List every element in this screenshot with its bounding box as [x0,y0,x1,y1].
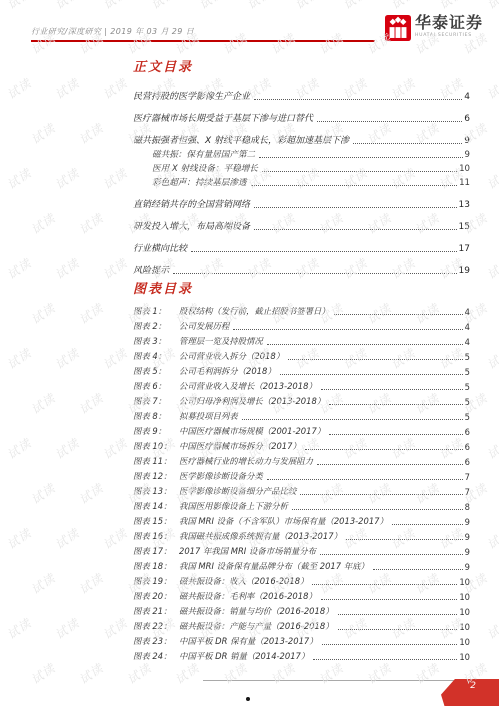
watermark-text: 试读 [219,659,250,688]
toc-entry-page: 10 [459,164,470,174]
toc-entry-label: 医疗器械市场长期受益于基层下渗与进口替代 [133,111,313,124]
figure-number-label: 图表 4： [133,350,179,362]
dot-leader [334,314,463,315]
watermark-text: 试读 [99,434,130,463]
watermark-text: 试读 [219,29,250,58]
watermark-text: 试读 [75,569,106,598]
figure-title: 医学影像诊断设备细分产品比较 [179,485,296,497]
toc-entry[interactable]: 医用 X 射线设备：平稳增长10 [133,160,470,174]
figure-number-label: 图表 23： [133,635,179,647]
dot-leader [280,374,463,375]
figure-page: 4 [465,307,470,317]
dot-leader [267,344,463,345]
page-number-badge: 2 [441,679,499,706]
huatai-logo-icon [385,15,411,41]
header-divider [31,40,375,42]
toc-entry-page: 15 [459,222,470,232]
watermark-text: 试读 [483,254,499,283]
figure-toc-entry[interactable]: 图表 7：公司归母净利润及增长（2013-2018）5 [133,392,470,407]
dot-leader [288,359,463,360]
watermark-text: 试读 [483,434,499,463]
figure-toc-entry[interactable]: 图表 5：公司毛利润拆分（2018）5 [133,362,470,377]
dot-leader [251,185,458,186]
dot-leader [254,229,457,230]
figure-title: 医疗器械行业的增长动力与发展阻力 [179,455,313,467]
watermark-text: 试读 [99,254,130,283]
watermark-text: 试读 [291,0,322,13]
figure-number-label: 图表 19： [133,575,179,587]
figure-title: 中国平板 DR 销量（2014-2017） [179,650,309,662]
figure-title: 公司归母净利润及增长（2013-2018） [179,395,325,407]
watermark-text: 试读 [75,209,106,238]
watermark-text: 试读 [483,524,499,553]
watermark-text: 试读 [3,434,34,463]
watermark-text: 试读 [51,344,82,373]
figure-toc-entry[interactable]: 图表 24：中国平板 DR 销量（2014-2017）10 [133,647,470,662]
toc-entry[interactable]: 行业横向比较17 [133,232,470,254]
toc-entry[interactable]: 直销经销共存的全国营销网络13 [133,188,470,210]
toc-entry-label: 风险提示 [133,263,169,276]
watermark-text: 试读 [27,119,58,148]
figure-toc-entry[interactable]: 图表 19：磁共振设备：收入（2016-2018）10 [133,572,470,587]
figure-title: 拟募投项目列表 [179,410,238,422]
watermark-text: 试读 [363,659,394,688]
report-category-date: 行业研究/深度研究 | 2019 年 03 月 29 日 [31,26,194,37]
dot-leader [320,554,463,555]
watermark-text: 试读 [27,659,58,688]
watermark-text: 试读 [27,569,58,598]
watermark-text: 试读 [267,659,298,688]
figure-title: 公司毛利润拆分（2018） [179,365,276,377]
dot-leader [317,464,463,465]
dot-leader [373,569,463,570]
huatai-logo: 华泰证券 HUATAI SECURITIES [385,15,483,41]
figure-page: 5 [465,367,470,377]
watermark-text: 试读 [483,344,499,373]
figure-toc-entry[interactable]: 图表 6：公司营业收入及增长（2013-2018）5 [133,377,470,392]
toc-entry[interactable]: 风险提示19 [133,254,470,276]
watermark-text: 试读 [99,524,130,553]
figure-toc-entry[interactable]: 图表 23：中国平板 DR 保有量（2013-2017）10 [133,632,470,647]
toc-entry-page: 4 [464,92,470,102]
toc-entry-page: 17 [459,244,470,254]
dot-leader [313,659,457,660]
figure-page: 4 [465,337,470,347]
page-number: 2 [470,681,476,691]
watermark-text: 试读 [147,0,178,13]
toc-main-title: 正文目录 [133,60,470,76]
figure-number-label: 图表 6： [133,380,179,392]
figure-number-label: 图表 24： [133,650,179,662]
watermark-text: 试读 [3,524,34,553]
toc-figures-title: 图表目录 [133,282,470,298]
toc-entry-label: 医用 X 射线设备：平稳增长 [152,162,258,174]
toc-entry[interactable]: 民营持股的医学影像生产企业4 [133,80,470,102]
watermark-text: 试读 [123,659,154,688]
dot-leader [321,389,463,390]
watermark-text: 试读 [483,74,499,103]
figure-page: 5 [465,352,470,362]
figure-toc-entry[interactable]: 图表 8：拟募投项目列表5 [133,407,470,422]
figure-title: 中国平板 DR 保有量（2013-2017） [179,635,318,647]
figure-number-label: 图表 20： [133,590,179,602]
toc-entry-page: 9 [464,136,470,146]
figure-page: 6 [465,457,470,467]
watermark-text: 试读 [339,0,370,13]
figure-toc-entry[interactable]: 图表 12：医学影像诊断设备分类7 [133,467,470,482]
figure-page: 10 [459,607,470,617]
figure-toc-entry[interactable]: 图表 15：我国 MRI 设备（不含军队）市场保有量（2013-2017）9 [133,512,470,527]
figure-title: 磁共振设备：毛利率（2016-2018） [179,590,317,602]
figure-toc-entry[interactable]: 图表 13：医学影像诊断设备细分产品比较7 [133,482,470,497]
watermark-text: 试读 [99,74,130,103]
watermark-text: 试读 [435,0,466,13]
toc-figures-list: 图表 1：股权结构（发行前，截止招股书签署日）4图表 2：公司发展历程4图表 3… [133,302,470,662]
figure-page: 9 [465,562,470,572]
report-page: 行业研究/深度研究 | 2019 年 03 月 29 日 华泰证券 HUATAI… [0,0,499,706]
watermark-text: 试读 [3,344,34,373]
figure-number-label: 图表 12： [133,470,179,482]
brand-name-en: HUATAI SECURITIES [415,33,483,38]
figure-title: 中国医疗器械市场规模（2001-2017） [179,425,325,437]
figure-toc-entry[interactable]: 图表 22：磁共振设备：产能与产量（2016-2018）10 [133,617,470,632]
figure-title: 我国医用影像设备上下游分析 [179,500,288,512]
dot-leader [191,251,457,252]
figure-number-label: 图表 22： [133,620,179,632]
figure-page: 10 [459,622,470,632]
figure-toc-entry[interactable]: 图表 9：中国医疗器械市场规模（2001-2017）6 [133,422,470,437]
figure-title: 股权结构（发行前，截止招股书签署日） [179,305,330,317]
dot-leader [329,404,463,405]
figure-toc-entry[interactable]: 图表 17：2017 年我国 MRI 设备市场销量分布9 [133,542,470,557]
figure-page: 4 [465,322,470,332]
toc-entry-page: 11 [459,178,470,188]
dot-leader [338,614,458,615]
toc-entry-label: 民营持股的医学影像生产企业 [133,89,250,102]
watermark-text: 试读 [267,29,298,58]
figure-toc-entry[interactable]: 图表 1：股权结构（发行前，截止招股书签署日）4 [133,302,470,317]
watermark-text: 试读 [75,479,106,508]
figure-toc-entry[interactable]: 图表 16：我国磁共振成像系统拥有量（2013-2017）9 [133,527,470,542]
watermark-text: 试读 [75,659,106,688]
toc-entry[interactable]: 医疗器械市场长期受益于基层下渗与进口替代6 [133,102,470,124]
brand-name-cn: 华泰证券 [415,15,483,32]
toc-entry[interactable]: 彩色超声：持续基层渗透11 [133,174,470,188]
huatai-logo-text: 华泰证券 HUATAI SECURITIES [415,15,483,38]
toc-entry-label: 行业横向比较 [133,241,187,254]
figure-page: 7 [465,472,470,482]
watermark-text: 试读 [51,74,82,103]
figure-title: 公司发展历程 [179,320,229,332]
figure-number-label: 图表 18： [133,560,179,572]
watermark-text: 试读 [483,0,499,13]
figure-page: 10 [459,592,470,602]
figure-page: 6 [465,442,470,452]
figure-toc-entry[interactable]: 图表 20：磁共振设备：毛利率（2016-2018）10 [133,587,470,602]
figure-page: 10 [459,577,470,587]
figure-title: 磁共振设备：销量与均价（2016-2018） [179,605,334,617]
dot-leader [346,539,463,540]
figure-page: 6 [465,427,470,437]
watermark-text: 试读 [411,659,442,688]
watermark-text: 试读 [3,254,34,283]
figure-toc-entry[interactable]: 图表 11：医疗器械行业的增长动力与发展阻力6 [133,452,470,467]
dot-leader [267,479,463,480]
watermark-text: 试读 [387,0,418,13]
watermark-text: 试读 [99,614,130,643]
dot-leader [321,599,458,600]
figure-number-label: 图表 3： [133,335,179,347]
watermark-text: 试读 [315,659,346,688]
toc-content: 正文目录 民营持股的医学影像生产企业4医疗器械市场长期受益于基层下渗与进口替代6… [133,60,470,662]
watermark-text: 试读 [3,0,34,13]
figure-number-label: 图表 16： [133,530,179,542]
watermark-text: 试读 [483,164,499,193]
toc-entry-page: 9 [465,150,470,160]
figure-page: 5 [465,382,470,392]
toc-entry-label: 彩色超声：持续基层渗透 [152,176,247,188]
figure-toc-entry[interactable]: 图表 4：公司营业收入拆分（2018）5 [133,347,470,362]
figure-page: 9 [465,517,470,527]
dot-leader [338,629,458,630]
watermark-text: 试读 [27,299,58,328]
figure-number-label: 图表 1： [133,305,179,317]
watermark-text: 试读 [3,614,34,643]
figure-number-label: 图表 17： [133,545,179,557]
watermark-text: 试读 [51,434,82,463]
toc-entry-label: 磁共振：保有量居国产第二 [152,148,255,160]
figure-number-label: 图表 9： [133,425,179,437]
figure-number-label: 图表 10： [133,440,179,452]
dot-leader [392,524,463,525]
figure-title: 磁共振设备：收入（2016-2018） [179,575,308,587]
dot-leader [233,329,462,330]
dot-leader [259,157,462,158]
toc-entry-label: 磁共振强者恒强、X 射线平稳成长，彩超加速基层下渗 [133,133,349,146]
watermark-text: 试读 [75,299,106,328]
dot-leader [300,494,462,495]
figure-toc-entry[interactable]: 图表 21：磁共振设备：销量与均价（2016-2018）10 [133,602,470,617]
dot-leader [242,419,463,420]
figure-page: 9 [465,532,470,542]
figure-page: 5 [465,397,470,407]
figure-page: 9 [465,547,470,557]
figure-number-label: 图表 14： [133,500,179,512]
dot-leader [305,449,463,450]
watermark-text: 试读 [99,0,130,13]
figure-number-label: 图表 7： [133,395,179,407]
toc-main-list: 民营持股的医学影像生产企业4医疗器械市场长期受益于基层下渗与进口替代6磁共振强者… [133,80,470,276]
figure-page: 7 [465,487,470,497]
watermark-text: 试读 [51,164,82,193]
toc-entry-label: 研发投入增大，布局高端设备 [133,219,250,232]
watermark-text: 试读 [51,524,82,553]
figure-toc-entry[interactable]: 图表 3：管理层一览及持股情况4 [133,332,470,347]
figure-page: 10 [459,652,470,662]
figure-number-label: 图表 15： [133,515,179,527]
dot-leader [254,99,462,100]
watermark-text: 试读 [51,0,82,13]
figure-title: 管理层一览及持股情况 [179,335,263,347]
figure-toc-entry[interactable]: 图表 14：我国医用影像设备上下游分析8 [133,497,470,512]
watermark-text: 试读 [51,254,82,283]
watermark-text: 试读 [27,209,58,238]
figure-toc-entry[interactable]: 图表 18：我国 MRI 设备保有量品牌分布（截至 2017 年底）9 [133,557,470,572]
watermark-text: 试读 [315,29,346,58]
footer-dot [246,697,250,701]
toc-entry[interactable]: 研发投入增大，布局高端设备15 [133,210,470,232]
watermark-text: 试读 [3,164,34,193]
dot-leader [322,644,458,645]
figure-title: 公司营业收入拆分（2018） [179,350,284,362]
toc-entry[interactable]: 磁共振：保有量居国产第二9 [133,146,470,160]
dot-leader [329,434,463,435]
figure-page: 10 [459,637,470,647]
watermark-text: 试读 [195,0,226,13]
dot-leader [173,273,457,274]
figure-title: 医学影像诊断设备分类 [179,470,263,482]
toc-entry[interactable]: 磁共振强者恒强、X 射线平稳成长，彩超加速基层下渗9 [133,124,470,146]
watermark-text: 试读 [27,389,58,418]
figure-title: 公司营业收入及增长（2013-2018） [179,380,317,392]
toc-entry-label: 直销经销共存的全国营销网络 [133,197,250,210]
figure-title: 我国 MRI 设备（不含军队）市场保有量（2013-2017） [179,515,388,527]
dot-leader [312,584,457,585]
watermark-text: 试读 [75,119,106,148]
dot-leader [254,207,457,208]
watermark-text: 试读 [51,614,82,643]
figure-number-label: 图表 21： [133,605,179,617]
toc-entry-page: 19 [459,266,470,276]
watermark-text: 试读 [243,0,274,13]
figure-number-label: 图表 2： [133,320,179,332]
dot-leader [262,171,457,172]
figure-title: 中国医疗器械市场拆分（2017） [179,440,301,452]
watermark-text: 试读 [75,389,106,418]
dot-leader [292,509,463,510]
watermark-text: 试读 [483,614,499,643]
dot-leader [317,121,462,122]
watermark-text: 试读 [99,344,130,373]
watermark-text: 试读 [3,74,34,103]
toc-entry-page: 13 [459,200,470,210]
figure-title: 我国磁共振成像系统拥有量（2013-2017） [179,530,342,542]
figure-toc-entry[interactable]: 图表 10：中国医疗器械市场拆分（2017）6 [133,437,470,452]
figure-title: 我国 MRI 设备保有量品牌分布（截至 2017 年底） [179,560,369,572]
figure-title: 2017 年我国 MRI 设备市场销量分布 [179,545,316,557]
watermark-text: 试读 [171,659,202,688]
watermark-text: 试读 [27,479,58,508]
figure-toc-entry[interactable]: 图表 2：公司发展历程4 [133,317,470,332]
figure-number-label: 图表 11： [133,455,179,467]
watermark-text: 试读 [99,164,130,193]
figure-number-label: 图表 8： [133,410,179,422]
figure-number-label: 图表 13： [133,485,179,497]
figure-title: 磁共振设备：产能与产量（2016-2018） [179,620,334,632]
toc-entry-page: 6 [464,114,470,124]
dot-leader [353,143,462,144]
figure-page: 5 [465,412,470,422]
figure-number-label: 图表 5： [133,365,179,377]
figure-page: 8 [465,502,470,512]
